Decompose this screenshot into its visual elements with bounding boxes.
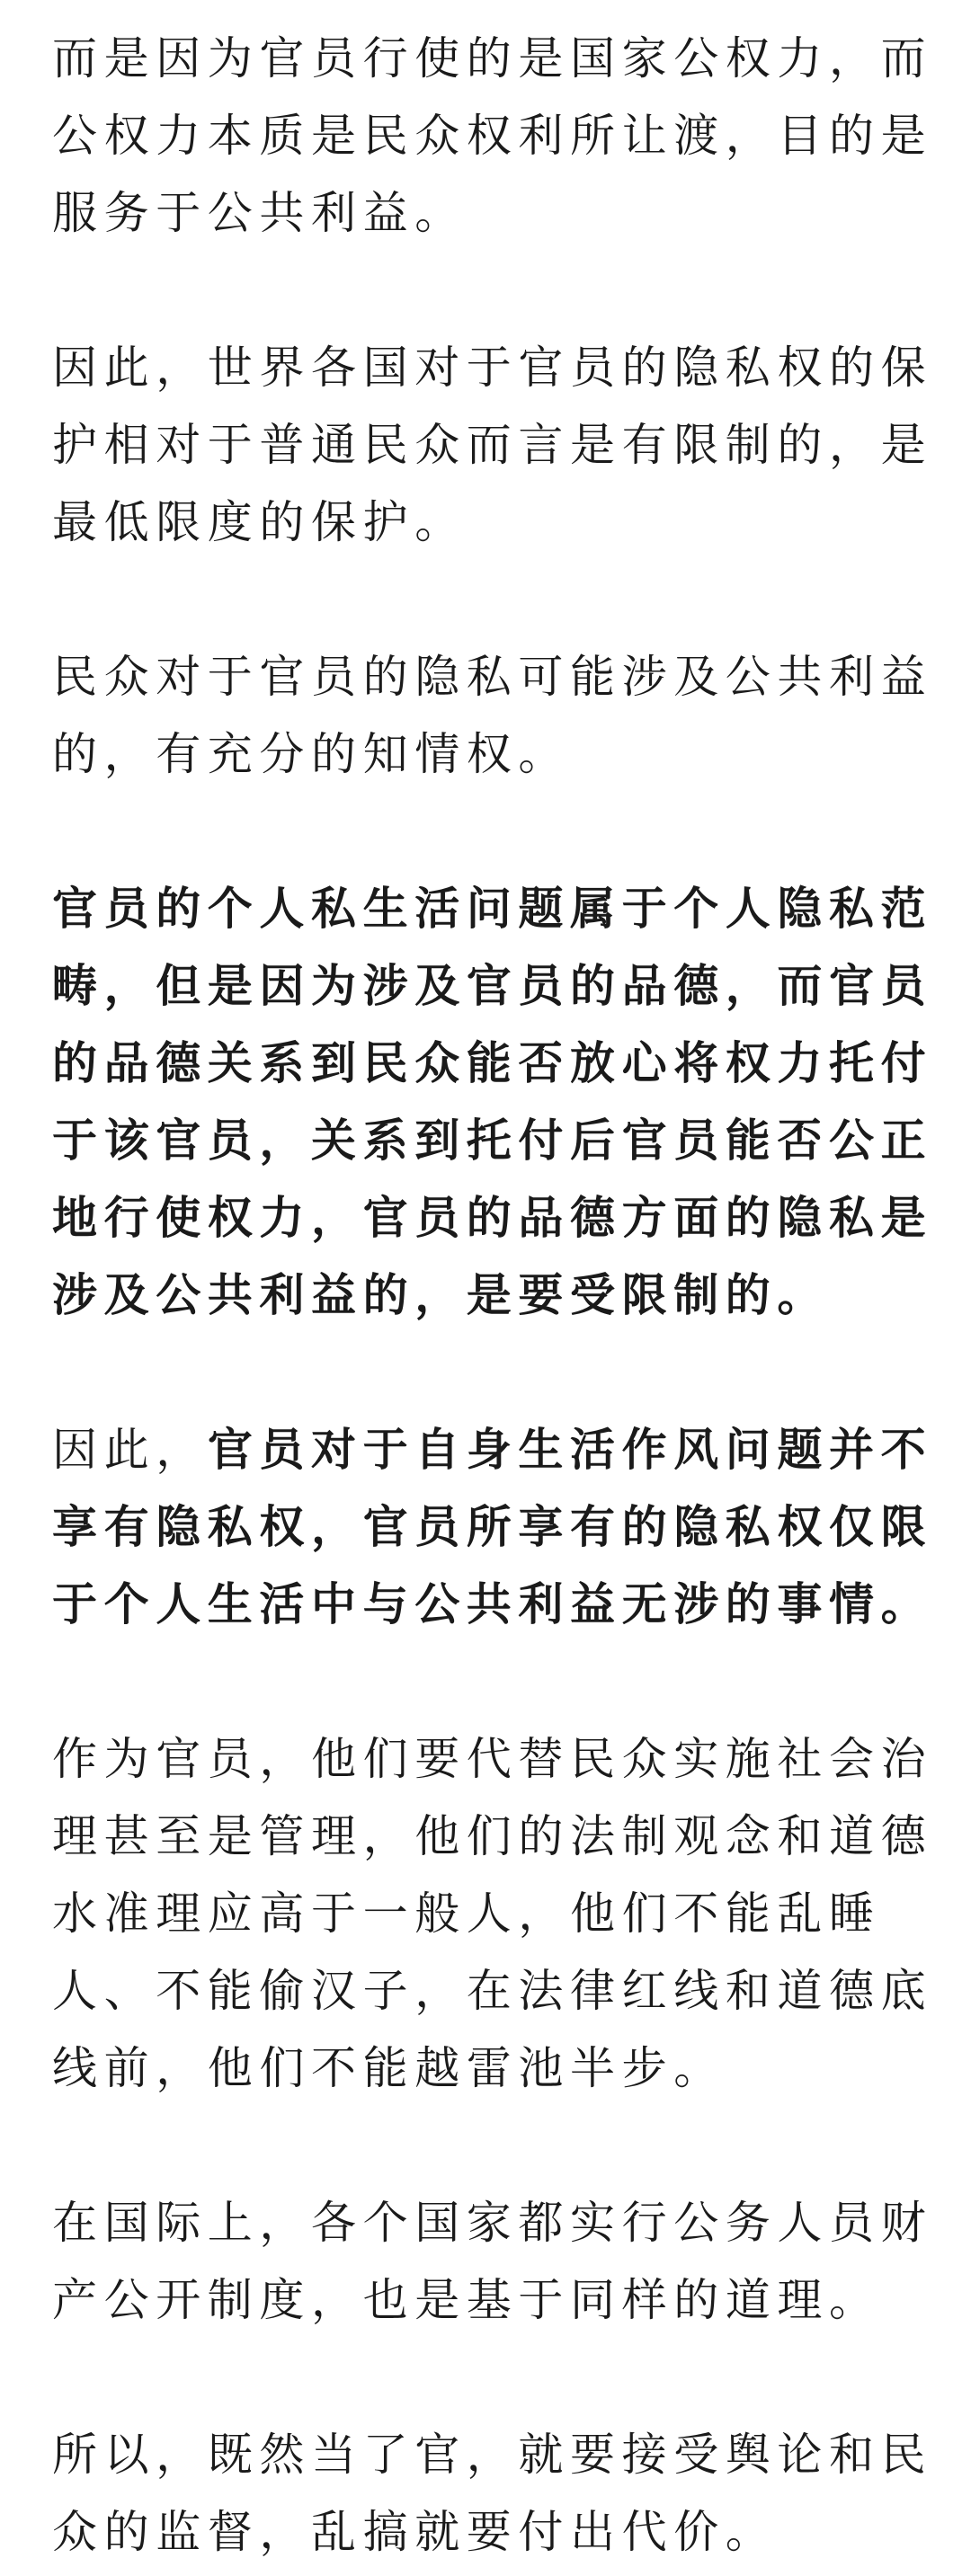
article-page: 而是因为官员行使的是国家公权力，而 公权力本质是民众权利所让渡，目的是 服务于公… [0,0,971,2576]
paragraph-4-bold-text: 官员的个人私生活问题属于个人隐私范 畴，但是因为涉及官员的品德，而官员 的品德关… [52,884,932,1320]
paragraph-2-text: 因此，世界各国对于官员的隐私权的保 护相对于普通民众而言是有限制的，是 最低限度… [52,342,932,547]
paragraph-1: 而是因为官员行使的是国家公权力，而 公权力本质是民众权利所让渡，目的是 服务于公… [52,20,935,252]
paragraph-6-text: 作为官员，他们要代替民众实施社会治 理甚至是管理，他们的法制观念和道德 水准理应… [52,1734,932,2093]
paragraph-6: 作为官员，他们要代替民众实施社会治 理甚至是管理，他们的法制观念和道德 水准理应… [52,1720,935,2107]
paragraph-8-text: 所以，既然当了官，就要接受舆论和民 众的监督，乱搞就要付出代价。 [52,2429,932,2557]
paragraph-5-lead-text: 因此， [52,1425,208,1475]
article-body: 而是因为官员行使的是国家公权力，而 公权力本质是民众权利所让渡，目的是 服务于公… [0,0,971,2571]
paragraph-3-text: 民众对于官员的隐私可能涉及公共利益 的，有充分的知情权。 [52,652,932,779]
paragraph-1-text: 而是因为官员行使的是国家公权力，而 公权力本质是民众权利所让渡，目的是 服务于公… [52,33,932,238]
paragraph-7-text: 在国际上，各个国家都实行公务人员财 产公开制度，也是基于同样的道理。 [52,2198,932,2325]
paragraph-5: 因此，官员对于自身生活作风问题并不 享有隐私权，官员所享有的隐私权仅限 于个人生… [52,1411,935,1643]
paragraph-4: 官员的个人私生活问题属于个人隐私范 畴，但是因为涉及官员的品德，而官员 的品德关… [52,870,935,1334]
paragraph-8: 所以，既然当了官，就要接受舆论和民 众的监督，乱搞就要付出代价。 [52,2416,935,2571]
paragraph-2: 因此，世界各国对于官员的隐私权的保 护相对于普通民众而言是有限制的，是 最低限度… [52,329,935,561]
paragraph-3: 民众对于官员的隐私可能涉及公共利益 的，有充分的知情权。 [52,638,935,793]
paragraph-7: 在国际上，各个国家都实行公务人员财 产公开制度，也是基于同样的道理。 [52,2184,935,2339]
